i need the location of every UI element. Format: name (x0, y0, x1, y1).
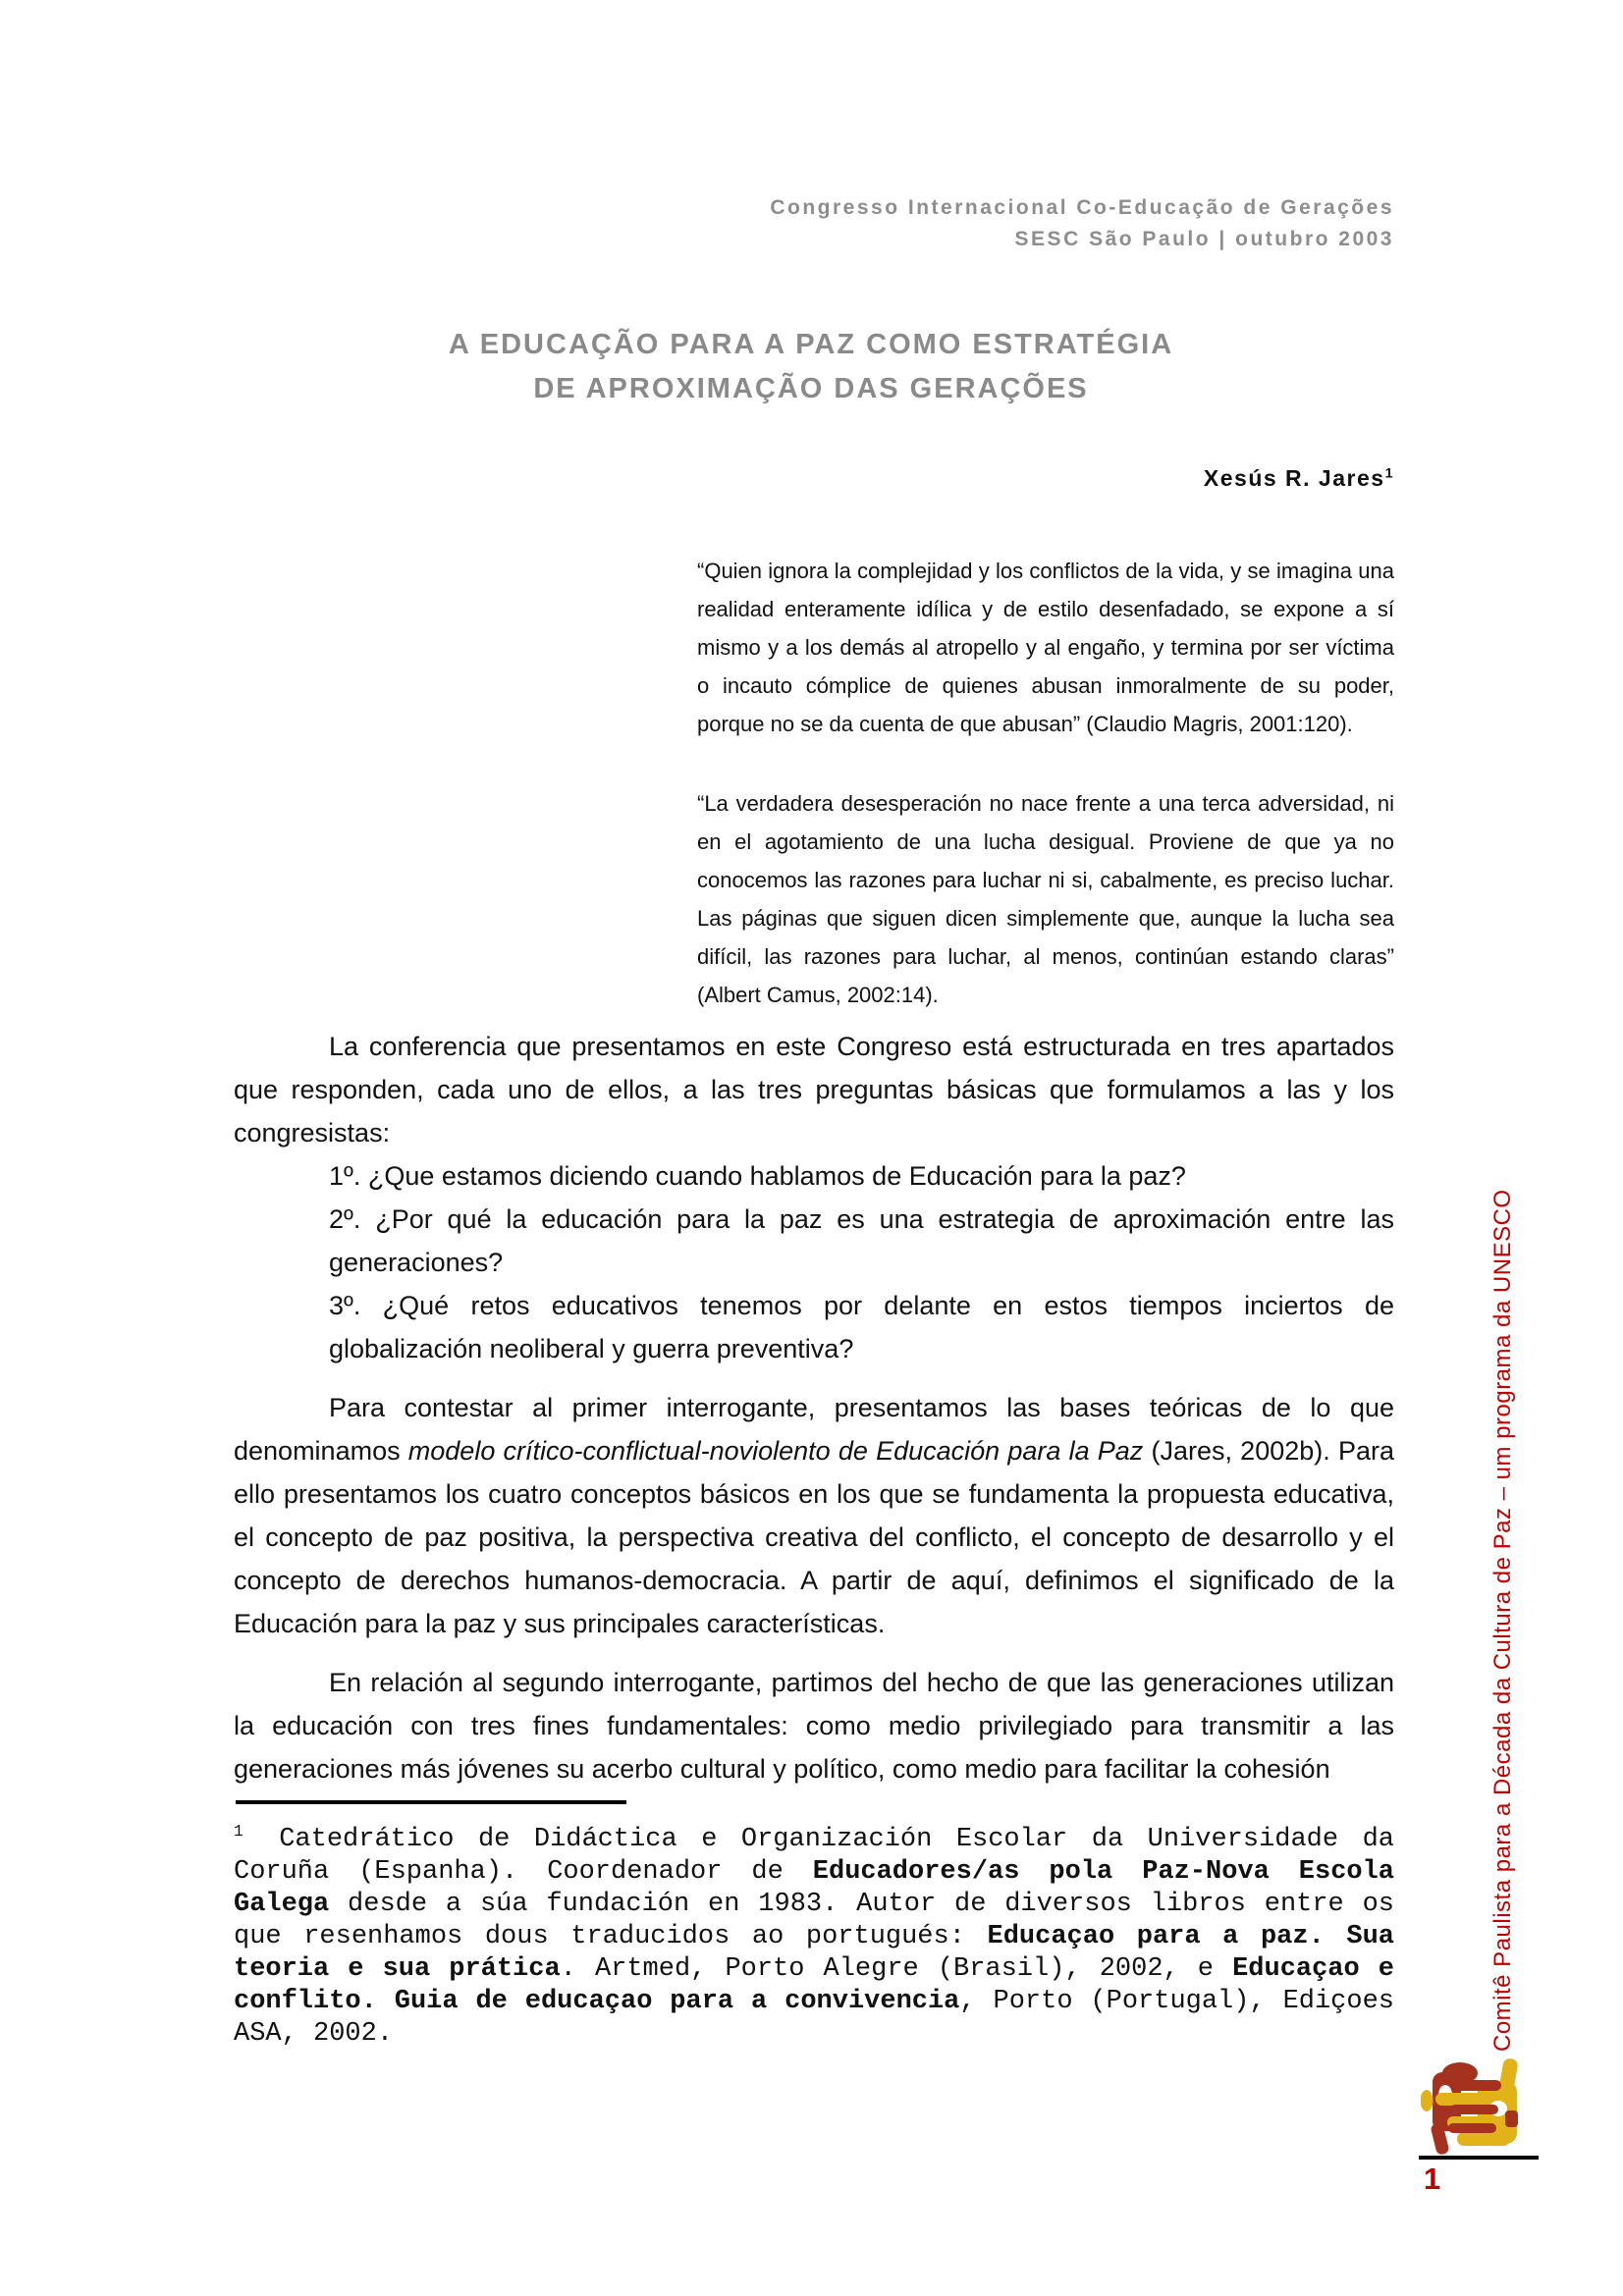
conference-venue-date: SESC São Paulo | outubro 2003 (228, 224, 1394, 255)
body-text: La conferencia que presentamos en este C… (234, 1025, 1394, 1790)
paragraph-first-answer: Para contestar al primer interrogante, p… (234, 1386, 1394, 1645)
epigraph-quote-camus: “La verdadera desesperación no nace fren… (697, 784, 1394, 1014)
author-line: Xesús R. Jares1 (228, 465, 1394, 492)
question-1: 1º. ¿Que estamos diciendo cuando hablamo… (329, 1154, 1394, 1198)
conference-header: Congresso Internacional Co-Educação de G… (228, 192, 1394, 255)
question-2: 2º. ¿Por qué la educación para la paz es… (329, 1198, 1394, 1284)
footnote-separator-rule (236, 1800, 626, 1804)
paper-title-line1: A EDUCAÇÃO PARA A PAZ COMO ESTRATÉGIA (228, 323, 1394, 367)
paper-title-line2: DE APROXIMAÇÃO DAS GERAÇÕES (228, 367, 1394, 411)
author-footnote-marker: 1 (1385, 465, 1394, 481)
footnote-text: Catedrático de Didáctica e Organización … (234, 1825, 1394, 2049)
page-number: 1 (1424, 2162, 1440, 2197)
question-3: 3º. ¿Qué retos educativos tenemos por de… (329, 1284, 1394, 1370)
footnote-marker: 1 (234, 1823, 243, 1841)
page-number-rule (1419, 2156, 1539, 2160)
paper-title: A EDUCAÇÃO PARA A PAZ COMO ESTRATÉGIA DE… (228, 323, 1394, 411)
paragraph-second-answer: En relación al segundo interrogante, par… (234, 1661, 1394, 1790)
conference-name: Congresso Internacional Co-Educação de G… (228, 192, 1394, 224)
sidebar-committee-text: Comitê Paulista para a Década da Cultura… (1482, 1207, 1525, 2052)
author-name: Xesús R. Jares (1204, 465, 1385, 491)
epigraph-quote-magris: “Quien ignora la complejidad y los confl… (697, 552, 1394, 743)
paragraph-intro: La conferencia que presentamos en este C… (234, 1025, 1394, 1154)
hands-logo (1421, 2058, 1536, 2156)
footnote: 1 Catedrático de Didáctica e Organizació… (234, 1816, 1394, 2051)
document-page: Congresso Internacional Co-Educação de G… (0, 0, 1623, 2296)
